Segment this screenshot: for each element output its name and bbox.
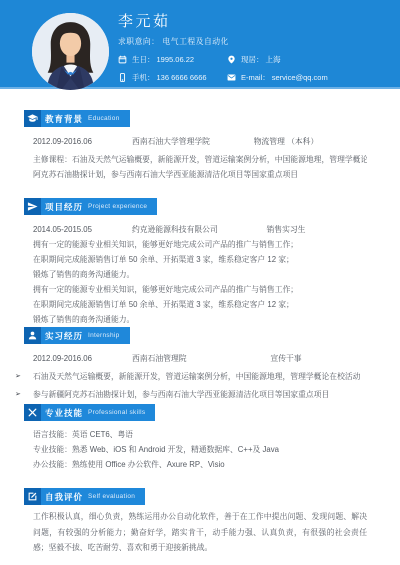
skills-details: 语言技能：英语 CET6、粤语 专业技能：熟悉 Web、iOS 和 Androi… xyxy=(33,427,367,472)
calendar-icon xyxy=(118,55,127,64)
project-line: 锻炼了销售的商务沟通能力。 xyxy=(33,267,367,282)
candidate-name: 李元茹 xyxy=(118,10,171,31)
bullet-arrow-icon: ➢ xyxy=(15,387,33,402)
section-banner: 项目经历 Project experience xyxy=(41,198,157,215)
contact-label: E-mail： xyxy=(241,72,270,83)
header-band: 李元茹 求职意向：电气工程及自动化 生日： 1995.06.22 xyxy=(0,0,400,89)
contact-value: 1995.06.22 xyxy=(157,55,195,64)
contact-label: 手机： xyxy=(132,72,155,83)
skill-line: 专业技能：熟悉 Web、iOS 和 Android 开发，精通数据库、C++及 … xyxy=(33,442,367,457)
section-title: 项目经历 xyxy=(45,201,83,213)
section-title: 专业技能 xyxy=(45,407,83,419)
contact-value: 136 6666 6666 xyxy=(157,73,207,82)
section-education: 教育背景 Education 2012.09-2016.06 西南石油大学管理学… xyxy=(0,110,400,182)
section-title: 自我评价 xyxy=(45,491,83,503)
entry-period: 2012.09-2016.06 xyxy=(33,134,132,149)
contact-birthday: 生日： 1995.06.22 xyxy=(118,54,227,65)
contact-location: 现居： 上海 xyxy=(227,54,328,65)
section-subtitle: Self evaluation xyxy=(88,493,135,500)
phone-icon xyxy=(118,73,127,82)
project-line: 拥有一定的能源专业相关知识，能够更好地完成公司产品的推广与销售工作； xyxy=(33,237,367,252)
job-intention-label: 求职意向： xyxy=(118,37,159,46)
education-line: 主修课程：石油及天然气运输概要，新能源开发，管道运输案例分析，中国能源地理，管理… xyxy=(33,152,367,167)
section-title: 实习经历 xyxy=(45,330,83,342)
paper-plane-icon xyxy=(24,198,41,215)
job-intention: 求职意向：电气工程及自动化 xyxy=(118,36,229,47)
contact-email: E-mail： service@qq.com xyxy=(227,72,328,83)
user-icon xyxy=(24,327,41,344)
bullet-text: 石油及天然气运输概要，新能源开发，管道运输案例分析，中国能源地理，管理学概论在校… xyxy=(33,369,360,384)
resume-page: 李元茹 求职意向：电气工程及自动化 生日： 1995.06.22 xyxy=(0,0,400,565)
crossed-tools-icon xyxy=(24,404,41,421)
bullet-item: ➢ 参与新疆阿克苏石油勘探计划，参与西南石油大学西亚能源清洁化项目等国家重点项目 xyxy=(15,387,380,402)
email-envelope-icon xyxy=(227,73,236,82)
bullet-arrow-icon: ➢ xyxy=(15,369,33,384)
section-subtitle: Education xyxy=(88,115,120,122)
project-line: 锻炼了销售的商务沟通能力。 xyxy=(33,312,367,327)
skill-line: 语言技能：英语 CET6、粤语 xyxy=(33,427,367,442)
self-evaluation-paragraph: 工作积极认真，细心负责，熟练运用办公自动化软件，善于在工作中提出问题、发现问题、… xyxy=(33,509,367,556)
project-entry-row: 2014.05-2015.05 约克逊能源科技有限公司 销售实习生 xyxy=(33,222,367,237)
entry-period: 2014.05-2015.05 xyxy=(33,222,132,237)
project-details: 拥有一定的能源专业相关知识，能够更好地完成公司产品的推广与销售工作； 在职期间完… xyxy=(33,237,367,327)
entry-organization: 约克逊能源科技有限公司 xyxy=(132,222,230,237)
internship-bullets: ➢ 石油及天然气运输概要，新能源开发，管道运输案例分析，中国能源地理，管理学概论… xyxy=(0,369,400,402)
project-line: 拥有一定的能源专业相关知识，能够更好地完成公司产品的推广与销售工作； xyxy=(33,282,367,297)
bullet-text: 参与新疆阿克苏石油勘探计划，参与西南石油大学西亚能源清洁化项目等国家重点项目 xyxy=(33,387,329,402)
section-subtitle: Internship xyxy=(88,332,120,339)
contact-label: 现居： xyxy=(241,54,264,65)
section-professional-skills: 专业技能 Professional skills 语言技能：英语 CET6、粤语… xyxy=(0,404,400,472)
entry-period: 2012.09-2016.06 xyxy=(33,351,132,366)
section-banner: 实习经历 Internship xyxy=(41,327,130,344)
section-banner: 自我评价 Self evaluation xyxy=(41,488,145,505)
section-header-internship: 实习经历 Internship xyxy=(24,327,400,344)
project-line: 在职期间完成能源销售订单 50 余单、开拓渠道 3 家，维系稳定客户 12 家； xyxy=(33,297,367,312)
section-self-evaluation: 自我评价 Self evaluation 工作积极认真，细心负责，熟练运用办公自… xyxy=(0,488,400,556)
section-header-education: 教育背景 Education xyxy=(24,110,400,127)
skill-line: 办公技能：熟练使用 Office 办公软件、Axure RP、Visio xyxy=(33,457,367,472)
entry-organization: 西南石油管理院 xyxy=(132,351,230,366)
section-subtitle: Professional skills xyxy=(88,409,145,416)
graduation-cap-icon xyxy=(24,110,41,127)
avatar xyxy=(32,13,109,90)
entry-role: 物流管理 （本科） xyxy=(230,134,342,149)
education-entry-row: 2012.09-2016.06 西南石油大学管理学院 物流管理 （本科） xyxy=(33,134,367,149)
education-line: 阿克苏石油勘探计划，参与西南石油大学西亚能源清洁化项目等国家重点项目 xyxy=(33,167,367,182)
entry-organization: 西南石油大学管理学院 xyxy=(132,134,230,149)
section-header-project: 项目经历 Project experience xyxy=(24,198,400,215)
contact-grid: 生日： 1995.06.22 现居： 上海 手机： xyxy=(118,54,328,83)
bullet-item: ➢ 石油及天然气运输概要，新能源开发，管道运输案例分析，中国能源地理，管理学概论… xyxy=(15,369,380,384)
section-banner: 教育背景 Education xyxy=(41,110,130,127)
education-details: 主修课程：石油及天然气运输概要，新能源开发，管道运输案例分析，中国能源地理，管理… xyxy=(33,152,367,182)
section-project-experience: 项目经历 Project experience 2014.05-2015.05 … xyxy=(0,198,400,327)
entry-role: 宣传干事 xyxy=(230,351,342,366)
location-pin-icon xyxy=(227,55,236,64)
section-subtitle: Project experience xyxy=(88,203,147,210)
edit-pencil-icon xyxy=(24,488,41,505)
section-header-evaluation: 自我评价 Self evaluation xyxy=(24,488,400,505)
section-header-skills: 专业技能 Professional skills xyxy=(24,404,400,421)
internship-entry-row: 2012.09-2016.06 西南石油管理院 宣传干事 xyxy=(33,351,367,366)
contact-phone: 手机： 136 6666 6666 xyxy=(118,72,227,83)
contact-value: service@qq.com xyxy=(272,73,328,82)
project-line: 在职期间完成能源销售订单 50 余单、开拓渠道 3 家，维系稳定客户 12 家； xyxy=(33,252,367,267)
section-title: 教育背景 xyxy=(45,113,83,125)
portrait-illustration xyxy=(32,13,109,90)
contact-label: 生日： xyxy=(132,54,155,65)
section-internship: 实习经历 Internship 2012.09-2016.06 西南石油管理院 … xyxy=(0,327,400,402)
section-banner: 专业技能 Professional skills xyxy=(41,404,155,421)
contact-value: 上海 xyxy=(266,54,281,65)
job-intention-value: 电气工程及自动化 xyxy=(162,37,228,46)
entry-role: 销售实习生 xyxy=(230,222,342,237)
